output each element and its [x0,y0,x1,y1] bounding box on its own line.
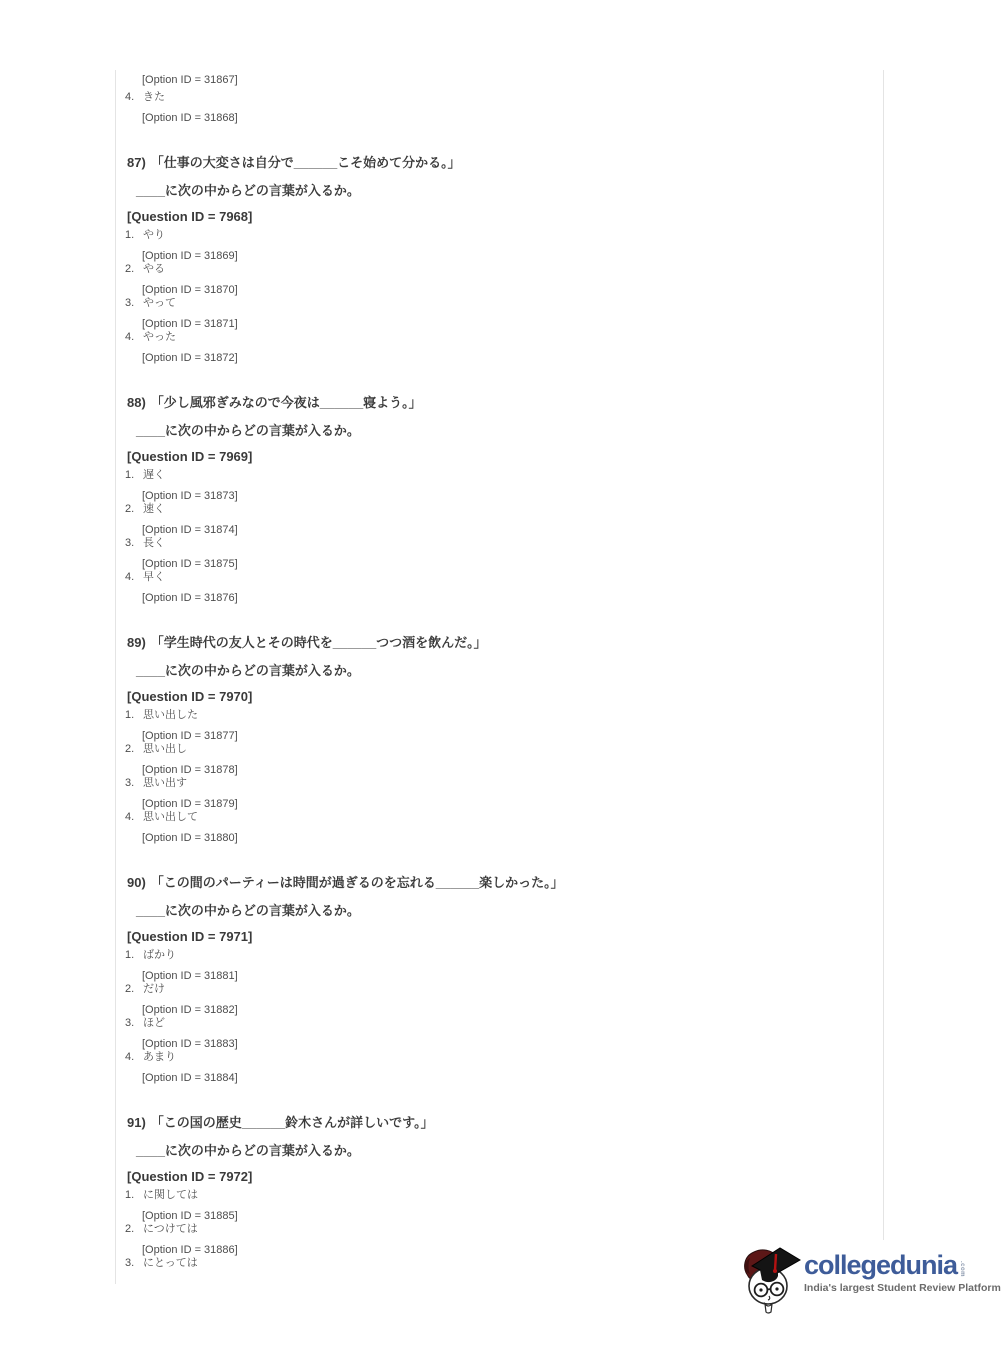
option-number: 4. [125,331,143,344]
option-id: [Option ID = 31885] [142,1210,883,1223]
question-prompt: ____に次の中からどの言葉が入るか。 [136,663,883,679]
option-id: [Option ID = 31881] [142,970,883,983]
option-row: 1. やり [125,229,883,242]
option-id: [Option ID = 31882] [142,1004,883,1017]
question-text: 89)「学生時代の友人とその時代を______つつ酒を飲んだ。」 [127,635,883,651]
collegedunia-logo: collegedunia .com India's largest Studen… [738,1240,988,1326]
question-prompt: ____に次の中からどの言葉が入るか。 [136,903,883,919]
option-label: 思い出す [143,777,187,790]
option-id: [Option ID = 31871] [142,318,883,331]
option-row: 3. やって [125,297,883,310]
option-label: 思い出した [143,709,198,722]
option-label: につけては [143,1223,198,1236]
option-id: [Option ID = 31872] [142,352,883,365]
option-id: [Option ID = 31867] [142,74,883,87]
question-block-89: 89)「学生時代の友人とその時代を______つつ酒を飲んだ。」 ____に次の… [127,635,883,845]
partial-question-options: [Option ID = 31867] 4. きた [Option ID = 3… [125,74,883,125]
option-row: 2. につけては [125,1223,883,1236]
question-number: 91) [127,1115,146,1130]
question-number: 89) [127,635,146,650]
options-list: 1. ばかり [Option ID = 31881] 2. だけ [Option… [125,949,883,1085]
question-number: 90) [127,875,146,890]
question-text: 87)「仕事の大変さは自分で______こそ始めて分かる。」 [127,155,883,171]
option-row: 2. だけ [125,983,883,996]
question-block-87: 87)「仕事の大変さは自分で______こそ始めて分かる。」 ____に次の中か… [127,155,883,365]
question-text: 91)「この国の歴史______鈴木さんが詳しいです。」 [127,1115,883,1131]
option-id: [Option ID = 31869] [142,250,883,263]
option-id: [Option ID = 31874] [142,524,883,537]
question-prompt: ____に次の中からどの言葉が入るか。 [136,183,883,199]
option-number: 4. [125,811,143,824]
option-row: 4. 早く [125,571,883,584]
option-id: [Option ID = 31879] [142,798,883,811]
option-number: 3. [125,537,143,550]
option-id: [Option ID = 31870] [142,284,883,297]
question-number: 87) [127,155,146,170]
option-number: 2. [125,503,143,516]
question-block-90: 90)「この間のパーティーは時間が過ぎるのを忘れる______楽しかった。」 _… [127,875,883,1085]
option-row: 1. に関しては [125,1189,883,1202]
option-label: やった [143,331,176,344]
question-id: [Question ID = 7968] [127,209,883,225]
option-id: [Option ID = 31883] [142,1038,883,1051]
option-number: 1. [125,469,143,482]
option-number: 3. [125,297,143,310]
option-label: 思い出し [143,743,187,756]
option-label: 長く [143,537,165,550]
option-id: [Option ID = 31876] [142,592,883,605]
question-paper-page: [Option ID = 31867] 4. きた [Option ID = 3… [115,70,884,1284]
option-number: 1. [125,709,143,722]
question-prompt: ____に次の中からどの言葉が入るか。 [136,1143,883,1159]
brand-name: collegedunia [804,1252,957,1279]
brand-tagline: India's largest Student Review Platform [804,1282,1001,1294]
question-id: [Question ID = 7972] [127,1169,883,1185]
option-id: [Option ID = 31878] [142,764,883,777]
option-label: ほど [143,1017,165,1030]
options-list: 1. 思い出した [Option ID = 31877] 2. 思い出し [Op… [125,709,883,845]
option-number: 1. [125,949,143,962]
option-number: 3. [125,1017,143,1030]
option-id: [Option ID = 31873] [142,490,883,503]
option-label: あまり [143,1051,176,1064]
brand-suffix: .com [958,1261,965,1277]
option-label: 思い出して [143,811,198,824]
option-number: 2. [125,263,143,276]
question-block-88: 88)「少し風邪ぎみなので今夜は______寝よう。」 ____に次の中からどの… [127,395,883,605]
option-row: 2. 速く [125,503,883,516]
question-text: 90)「この間のパーティーは時間が過ぎるのを忘れる______楽しかった。」 [127,875,883,891]
option-row: 1. 遅く [125,469,883,482]
question-id: [Question ID = 7971] [127,929,883,945]
option-label: きた [143,91,165,104]
option-row: 2. 思い出し [125,743,883,756]
question-text: 88)「少し風邪ぎみなので今夜は______寝よう。」 [127,395,883,411]
option-id: [Option ID = 31884] [142,1072,883,1085]
option-number: 4. [125,571,143,584]
option-label: やって [143,297,176,310]
option-row: 2. やる [125,263,883,276]
brand-block: collegedunia .com India's largest Studen… [804,1252,1001,1294]
option-label: やる [143,263,165,276]
options-list: 1. やり [Option ID = 31869] 2. やる [Option … [125,229,883,365]
options-list: 1. 遅く [Option ID = 31873] 2. 速く [Option … [125,469,883,605]
option-row: 1. ばかり [125,949,883,962]
option-row: 3. ほど [125,1017,883,1030]
option-id: [Option ID = 31875] [142,558,883,571]
option-number: 2. [125,1223,143,1236]
option-number: 4. [125,1051,143,1064]
option-row: 4. 思い出して [125,811,883,824]
collegedunia-mascot-icon [738,1242,802,1322]
option-number: 1. [125,229,143,242]
option-number: 4. [125,91,143,104]
option-label: 早く [143,571,165,584]
option-label: ばかり [143,949,176,962]
option-id: [Option ID = 31880] [142,832,883,845]
option-id: [Option ID = 31877] [142,730,883,743]
option-row: 4. きた [125,91,883,104]
option-row: 3. 長く [125,537,883,550]
question-id: [Question ID = 7969] [127,449,883,465]
option-label: 遅く [143,469,165,482]
option-label: に関しては [143,1189,198,1202]
option-row: 4. やった [125,331,883,344]
option-label: やり [143,229,165,242]
question-number: 88) [127,395,146,410]
option-label: だけ [143,983,165,996]
option-id: [Option ID = 31868] [142,112,883,125]
option-number: 3. [125,1257,143,1270]
question-id: [Question ID = 7970] [127,689,883,705]
option-label: にとっては [143,1257,198,1270]
option-number: 2. [125,983,143,996]
option-number: 1. [125,1189,143,1202]
option-number: 2. [125,743,143,756]
option-row: 3. 思い出す [125,777,883,790]
option-number: 3. [125,777,143,790]
option-label: 速く [143,503,165,516]
option-row: 4. あまり [125,1051,883,1064]
question-prompt: ____に次の中からどの言葉が入るか。 [136,423,883,439]
option-row: 1. 思い出した [125,709,883,722]
